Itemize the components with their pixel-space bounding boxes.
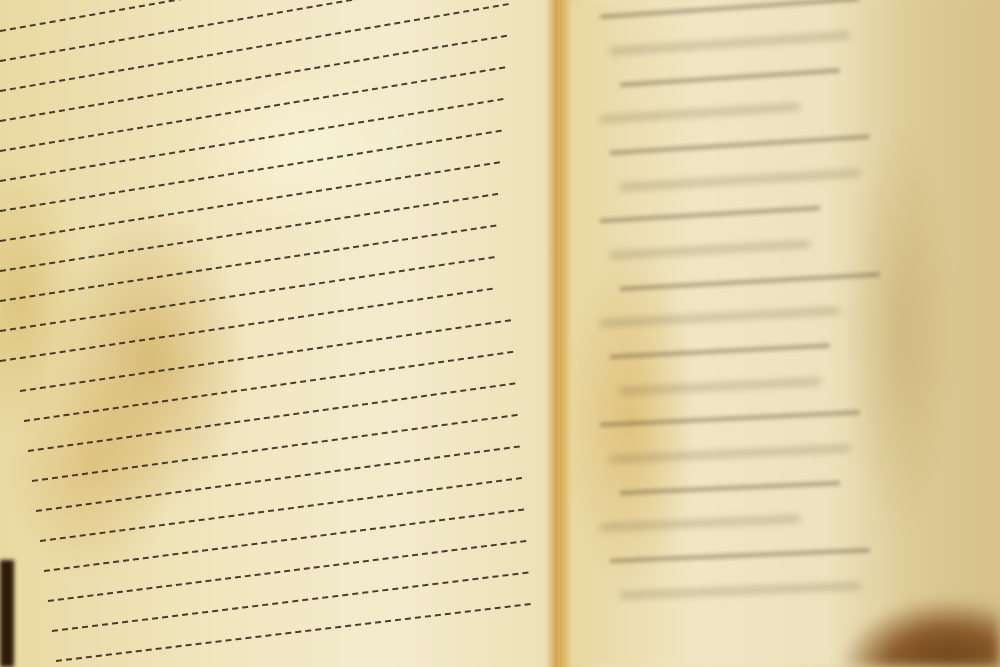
background-shadow-left [0, 560, 14, 667]
background-shadow [800, 560, 1000, 667]
scroll-seam [545, 0, 573, 667]
scroll-column-left [0, 0, 560, 667]
scroll-photo [0, 0, 1000, 667]
